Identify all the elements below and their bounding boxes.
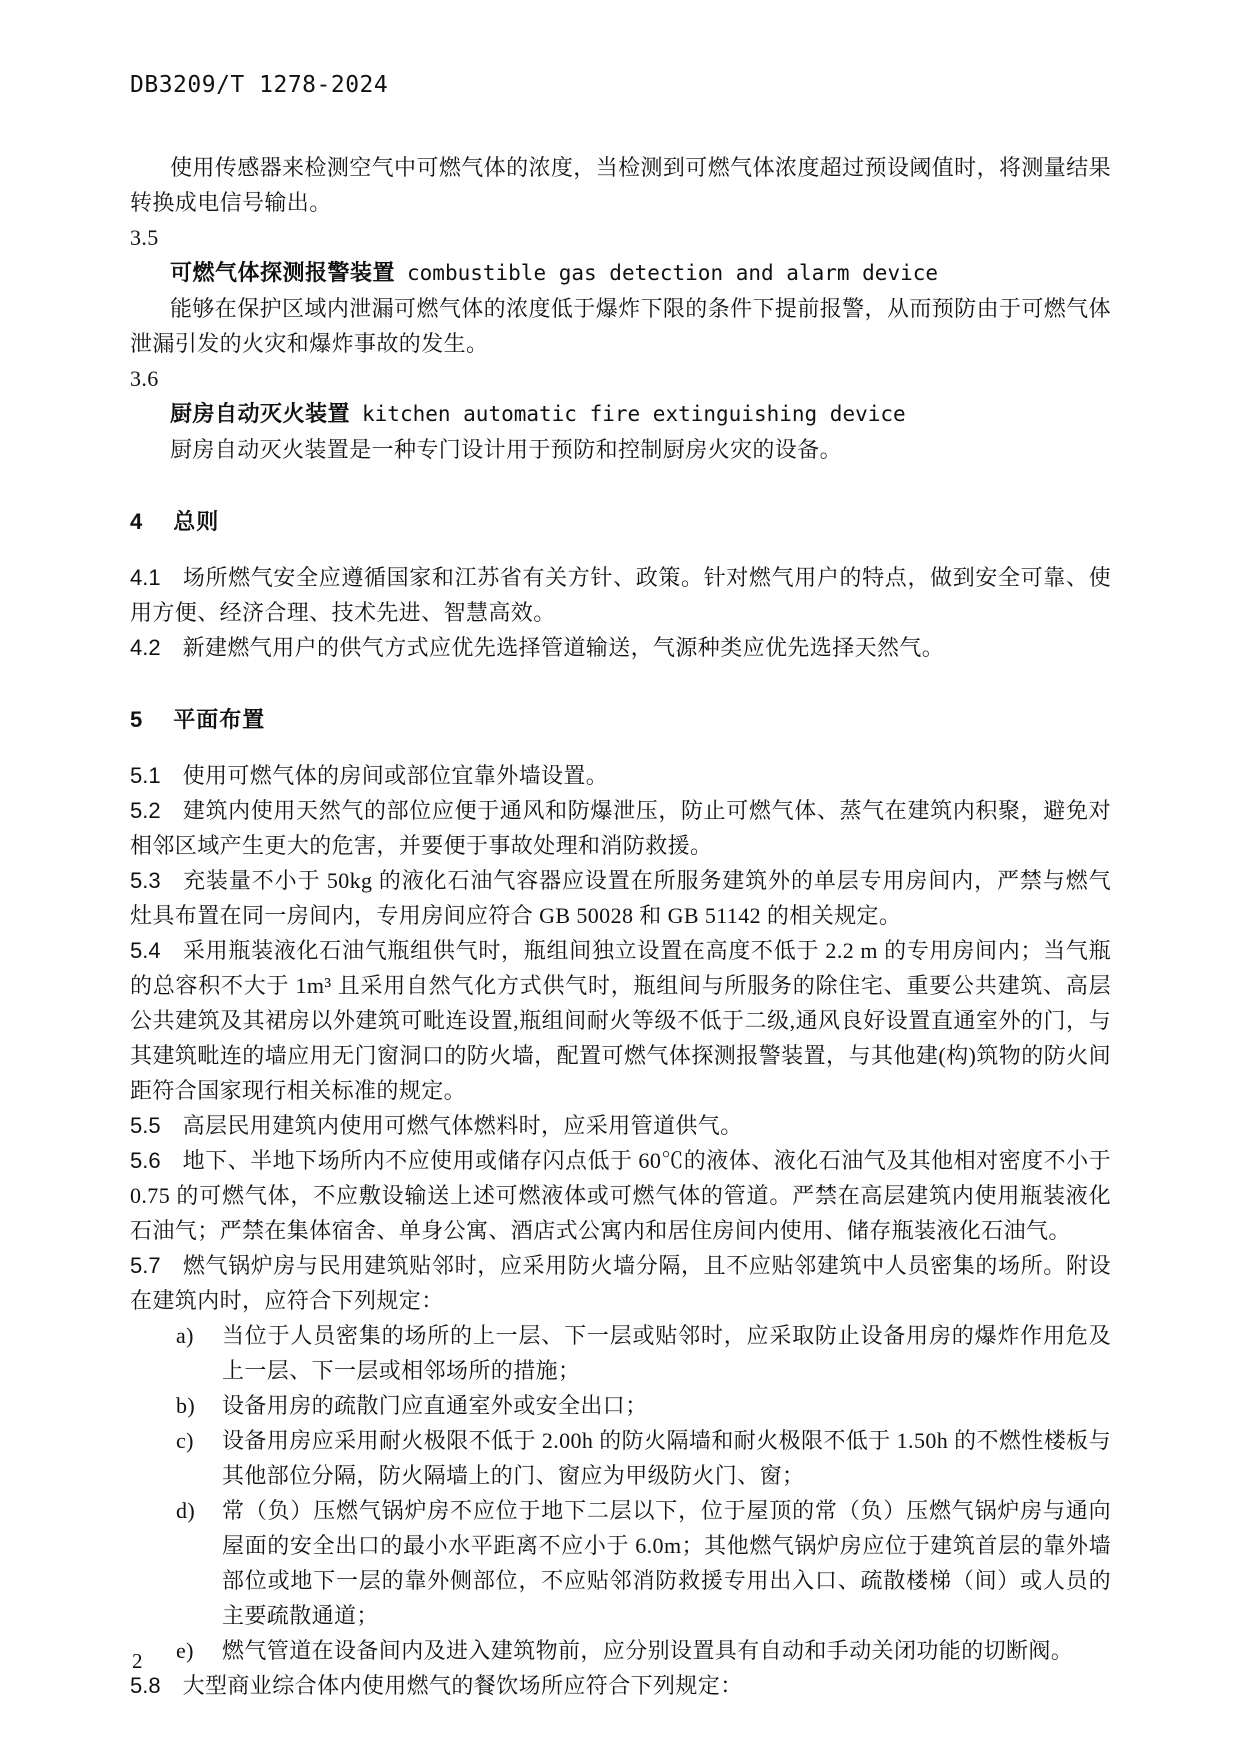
list-item-b: b)设备用房的疏散门应直通室外或安全出口； <box>130 1388 1111 1423</box>
clause-text-4-1: 场所燃气安全应遵循国家和江苏省有关方针、政策。针对燃气用户的特点，做到安全可靠、… <box>130 565 1111 625</box>
list-marker-e: e) <box>176 1633 222 1668</box>
term-number-3-5: 3.5 <box>130 220 1111 255</box>
list-marker-c: c) <box>176 1423 222 1493</box>
list-text-b: 设备用房的疏散门应直通室外或安全出口； <box>222 1388 1111 1423</box>
term-zh-3-6: 厨房自动灭火装置 <box>170 401 350 426</box>
clause-5-4: 5.4采用瓶装液化石油气瓶组供气时，瓶组间独立设置在高度不低于 2.2 m 的专… <box>130 933 1111 1108</box>
section-heading-5: 5平面布置 <box>130 702 1111 737</box>
sensor-definition-paragraph: 使用传感器来检测空气中可燃气体的浓度，当检测到可燃气体浓度超过预设阈值时，将测量… <box>130 150 1111 220</box>
clause-5-2: 5.2建筑内使用天然气的部位应便于通风和防爆泄压，防止可燃气体、蒸气在建筑内积聚… <box>130 793 1111 863</box>
clause-5-6: 5.6地下、半地下场所内不应使用或储存闪点低于 60℃的液体、液化石油气及其他相… <box>130 1143 1111 1248</box>
list-item-e: e)燃气管道在设备间内及进入建筑物前，应分别设置具有自动和手动关闭功能的切断阀。 <box>130 1633 1111 1668</box>
clause-5-1: 5.1使用可燃气体的房间或部位宜靠外墙设置。 <box>130 758 1111 793</box>
clause-5-7: 5.7燃气锅炉房与民用建筑贴邻时，应采用防火墙分隔，且不应贴邻建筑中人员密集的场… <box>130 1248 1111 1318</box>
list-text-a: 当位于人员密集的场所的上一层、下一层或贴邻时，应采取防止设备用房的爆炸作用危及上… <box>222 1318 1111 1388</box>
term-zh-3-5: 可燃气体探测报警装置 <box>170 260 395 285</box>
clause-5-3: 5.3充装量不小于 50kg 的液化石油气容器应设置在所服务建筑外的单层专用房间… <box>130 863 1111 933</box>
term-number-3-6: 3.6 <box>130 361 1111 396</box>
term-en-3-5: combustible gas detection and alarm devi… <box>407 261 938 285</box>
term-title-3-6: 厨房自动灭火装置kitchen automatic fire extinguis… <box>130 396 1111 432</box>
clause-text-5-8: 大型商业综合体内使用燃气的餐饮场所应符合下列规定： <box>183 1673 743 1698</box>
term-title-3-5: 可燃气体探测报警装置combustible gas detection and … <box>130 255 1111 291</box>
term-en-3-6: kitchen automatic fire extinguishing dev… <box>362 402 906 426</box>
page-number: 2 <box>132 1649 143 1674</box>
clause-number-5-4: 5.4 <box>130 938 161 963</box>
term-definition-3-6: 厨房自动灭火装置是一种专门设计用于预防和控制厨房火灾的设备。 <box>130 432 1111 467</box>
clause-text-5-4: 采用瓶装液化石油气瓶组供气时，瓶组间独立设置在高度不低于 2.2 m 的专用房间… <box>130 938 1111 1103</box>
clause-4-1: 4.1场所燃气安全应遵循国家和江苏省有关方针、政策。针对燃气用户的特点，做到安全… <box>130 560 1111 630</box>
section-title-4: 总则 <box>173 509 219 534</box>
clause-number-5-7: 5.7 <box>130 1253 161 1278</box>
list-item-a: a)当位于人员密集的场所的上一层、下一层或贴邻时，应采取防止设备用房的爆炸作用危… <box>130 1318 1111 1388</box>
clause-number-5-2: 5.2 <box>130 798 161 823</box>
clause-number-5-5: 5.5 <box>130 1113 161 1138</box>
clause-text-5-6: 地下、半地下场所内不应使用或储存闪点低于 60℃的液体、液化石油气及其他相对密度… <box>130 1148 1111 1243</box>
clause-text-4-2: 新建燃气用户的供气方式应优先选择管道输送，气源种类应优先选择天然气。 <box>183 635 945 660</box>
clause-4-2: 4.2新建燃气用户的供气方式应优先选择管道输送，气源种类应优先选择天然气。 <box>130 630 1111 665</box>
clause-5-5: 5.5高层民用建筑内使用可燃气体燃料时，应采用管道供气。 <box>130 1108 1111 1143</box>
list-item-c: c)设备用房应采用耐火极限不低于 2.00h 的防火隔墙和耐火极限不低于 1.5… <box>130 1423 1111 1493</box>
standard-number-header: DB3209/T 1278-2024 <box>130 72 1111 98</box>
section-number-4: 4 <box>130 509 143 534</box>
list-text-c: 设备用房应采用耐火极限不低于 2.00h 的防火隔墙和耐火极限不低于 1.50h… <box>222 1423 1111 1493</box>
clause-text-5-2: 建筑内使用天然气的部位应便于通风和防爆泄压，防止可燃气体、蒸气在建筑内积聚，避免… <box>130 798 1111 858</box>
section-title-5: 平面布置 <box>173 707 265 732</box>
clause-number-4-2: 4.2 <box>130 635 161 660</box>
clause-number-5-8: 5.8 <box>130 1673 161 1698</box>
list-marker-a: a) <box>176 1318 222 1388</box>
list-marker-b: b) <box>176 1388 222 1423</box>
clause-number-4-1: 4.1 <box>130 565 161 590</box>
list-marker-d: d) <box>176 1493 222 1633</box>
list-item-d: d)常（负）压燃气锅炉房不应位于地下二层以下，位于屋顶的常（负）压燃气锅炉房与通… <box>130 1493 1111 1633</box>
clause-text-5-7: 燃气锅炉房与民用建筑贴邻时，应采用防火墙分隔，且不应贴邻建筑中人员密集的场所。附… <box>130 1253 1111 1313</box>
list-text-d: 常（负）压燃气锅炉房不应位于地下二层以下，位于屋顶的常（负）压燃气锅炉房与通向屋… <box>222 1493 1111 1633</box>
clause-number-5-6: 5.6 <box>130 1148 161 1173</box>
section-number-5: 5 <box>130 707 143 732</box>
clause-text-5-1: 使用可燃气体的房间或部位宜靠外墙设置。 <box>183 763 609 788</box>
section-heading-4: 4总则 <box>130 504 1111 539</box>
term-definition-3-5: 能够在保护区域内泄漏可燃气体的浓度低于爆炸下限的条件下提前报警，从而预防由于可燃… <box>130 291 1111 361</box>
list-text-e: 燃气管道在设备间内及进入建筑物前，应分别设置具有自动和手动关闭功能的切断阀。 <box>222 1633 1111 1668</box>
clause-text-5-3: 充装量不小于 50kg 的液化石油气容器应设置在所服务建筑外的单层专用房间内，严… <box>130 868 1111 928</box>
document-page: DB3209/T 1278-2024 使用传感器来检测空气中可燃气体的浓度，当检… <box>0 0 1241 1754</box>
clause-number-5-3: 5.3 <box>130 868 161 893</box>
clause-5-8: 5.8大型商业综合体内使用燃气的餐饮场所应符合下列规定： <box>130 1668 1111 1703</box>
clause-number-5-1: 5.1 <box>130 763 161 788</box>
clause-text-5-5: 高层民用建筑内使用可燃气体燃料时，应采用管道供气。 <box>183 1113 743 1138</box>
